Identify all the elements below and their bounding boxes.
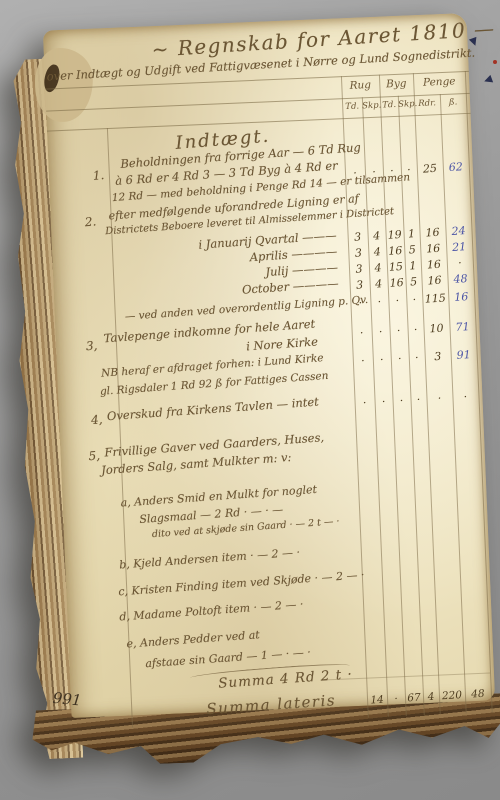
entry-text: — ved anden ved overordentlig Ligning p.… xyxy=(124,294,368,323)
amount-row: ····391 xyxy=(353,348,478,368)
red-speck xyxy=(493,60,497,64)
column-unit-headers: Td.Skp.Td.Skp.Rdr.ß. xyxy=(342,97,466,112)
manuscript-page: ~ Regnskab for Aaret 1810 — over Indtægt… xyxy=(43,13,495,718)
subitem-text: e, Anders Pedder ved at xyxy=(126,628,260,650)
entry-number: 2. xyxy=(84,214,96,229)
amount-row: ····1071 xyxy=(351,320,476,340)
amount-row: ····11516 xyxy=(350,290,475,310)
subitem-text: b, Kjeld Andersen item · — 2 — · xyxy=(119,546,301,572)
photo-of-ledger-book: ~ Regnskab for Aaret 1810 — over Indtægt… xyxy=(0,0,500,800)
entry-number: 3, xyxy=(86,338,98,353)
torn-corner xyxy=(34,47,95,123)
entry-text: i Nore Kirke xyxy=(246,334,319,353)
subitem-text: d, Madame Poltoft item · — 2 — · xyxy=(119,598,304,624)
folio-number: 991 xyxy=(52,689,82,710)
col-byg: Byg xyxy=(379,77,413,90)
column-group-headers: RugBygPenge xyxy=(341,75,465,92)
entry-number: 1. xyxy=(92,168,104,183)
subitem-text: a, Anders Smid en Mulkt for noglet xyxy=(120,483,317,510)
col-rug: Rug xyxy=(341,79,379,93)
subitem-text: c, Kristen Finding item ved Skjøde · — 2… xyxy=(118,568,365,598)
col-penge: Penge xyxy=(413,75,465,89)
book-body: ~ Regnskab for Aaret 1810 — over Indtægt… xyxy=(12,5,500,776)
entry-number: 5, xyxy=(88,448,100,463)
entry-text: Overskud fra Kirkens Tavlen — intet xyxy=(107,394,320,423)
entry-number: 4, xyxy=(91,412,103,427)
amount-row: ······ xyxy=(354,390,479,410)
book: ~ Regnskab for Aaret 1810 — over Indtægt… xyxy=(0,0,500,800)
